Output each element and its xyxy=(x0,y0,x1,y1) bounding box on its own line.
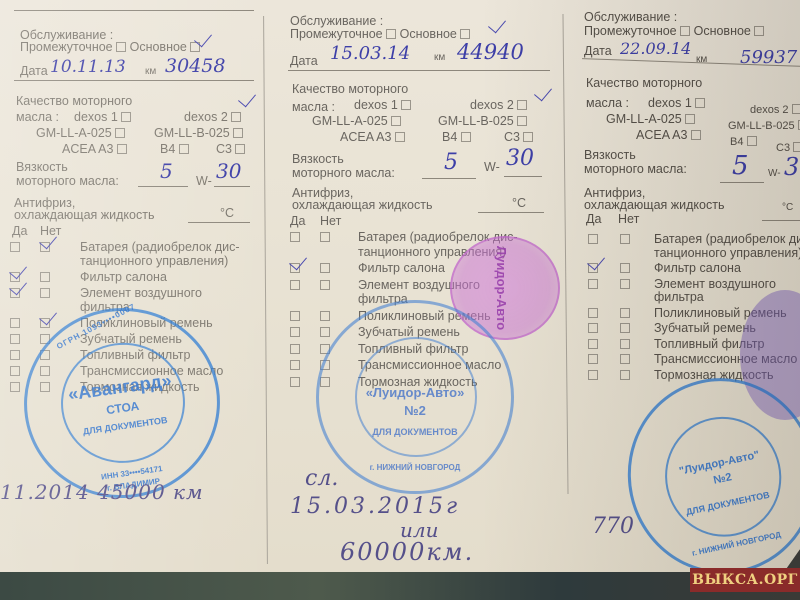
handwritten-note-km: 60000км. xyxy=(340,538,474,566)
oil-quality-label-2: масла : xyxy=(16,110,59,124)
oil-option-c3: C3 xyxy=(504,130,533,144)
column-divider xyxy=(263,16,268,564)
c3-checkbox[interactable] xyxy=(235,144,245,154)
viscosity-high-value: 30 xyxy=(506,146,534,171)
yes-checkbox[interactable] xyxy=(588,370,598,380)
oil-option-dexos1: dexos 1 xyxy=(74,110,131,124)
checklist-item-label: Батарея (радиобрелок дис- xyxy=(80,240,240,254)
yes-checkbox[interactable] xyxy=(290,327,300,337)
oil-option-dexos2: dexos 2 xyxy=(184,110,241,124)
oil-option-gm-ll-b: GM-LL-B-025 xyxy=(154,126,243,140)
yes-header: Да xyxy=(586,212,601,226)
service-type-row: Промежуточное Основное xyxy=(290,27,470,41)
service-book-page: Обслуживание : Промежуточное Основное Да… xyxy=(0,0,800,572)
viscosity-high-value: 30 xyxy=(216,160,241,183)
checklist-item-label: Фильтр салона xyxy=(358,261,445,275)
no-header: Нет xyxy=(618,212,639,226)
dexos2-checkbox[interactable] xyxy=(517,100,527,110)
dexos1-checkbox[interactable] xyxy=(401,100,411,110)
viscosity-label-2: моторного масла: xyxy=(292,166,395,180)
yes-checkbox[interactable] xyxy=(290,280,300,290)
main-label: Основное xyxy=(694,24,751,38)
km-label: км xyxy=(696,54,707,66)
site-watermark: ВЫКСА.ОРГ xyxy=(690,568,800,592)
yes-header: Да xyxy=(290,214,305,228)
viscosity-w-label: W- xyxy=(196,174,212,188)
oil-option-gm-ll-a: GM-LL-A-025 xyxy=(606,112,695,126)
underline xyxy=(214,186,250,187)
oil-quality-label-2: масла : xyxy=(292,100,335,114)
antifreeze-label-2: охлаждающая жидкость xyxy=(584,198,724,212)
intermediate-checkbox[interactable] xyxy=(116,42,126,52)
acea-a3-checkbox[interactable] xyxy=(117,144,127,154)
yes-checkbox[interactable] xyxy=(588,308,598,318)
oil-option-acea-a3: ACEA A3 xyxy=(636,128,701,142)
divider xyxy=(14,80,254,81)
no-checkbox[interactable] xyxy=(320,280,330,290)
dexos1-checkbox[interactable] xyxy=(695,98,705,108)
acea-a3-checkbox[interactable] xyxy=(395,132,405,142)
yes-checkbox[interactable] xyxy=(290,232,300,242)
yes-checkbox[interactable] xyxy=(588,279,598,289)
date-label: Дата xyxy=(584,44,612,58)
antifreeze-label-2: охлаждающая жидкость xyxy=(14,208,154,222)
oil-option-dexos1: dexos 1 xyxy=(354,98,411,112)
no-header: Нет xyxy=(320,214,341,228)
acea-a3-checkbox[interactable] xyxy=(691,130,701,140)
oil-option-gm-ll-a: GM-LL-A-025 xyxy=(36,126,125,140)
checkmark-icon xyxy=(238,89,256,108)
oil-option-gm-ll-b: GM-LL-B-025 xyxy=(728,120,800,133)
underline xyxy=(188,222,250,223)
gm-ll-a-checkbox[interactable] xyxy=(115,128,125,138)
checkmark-icon xyxy=(488,15,506,34)
intermediate-label: Промежуточное xyxy=(290,27,383,41)
yes-checkbox[interactable] xyxy=(10,334,20,344)
oil-option-dexos2: dexos 2 xyxy=(750,104,800,117)
viscosity-label: Вязкость xyxy=(16,160,68,174)
column-divider xyxy=(562,14,568,494)
no-checkbox[interactable] xyxy=(320,232,330,242)
viscosity-label: Вязкость xyxy=(584,148,636,162)
c3-checkbox[interactable] xyxy=(793,142,800,152)
main-checkbox[interactable] xyxy=(460,29,470,39)
viscosity-low-value: 5 xyxy=(444,150,458,175)
yes-checkbox[interactable] xyxy=(290,311,300,321)
checklist-item-label: Зубчатый ремень xyxy=(654,321,756,335)
service-type-row: Промежуточное Основное xyxy=(20,40,200,54)
date-value: 22.09.14 xyxy=(620,40,691,58)
date-value: 10.11.13 xyxy=(50,58,126,78)
underline xyxy=(504,176,542,177)
viscosity-low-value: 5 xyxy=(732,152,749,182)
no-checkbox[interactable] xyxy=(40,288,50,298)
yes-checkbox[interactable] xyxy=(10,382,20,392)
antifreeze-unit: °C xyxy=(512,196,526,210)
oil-quality-label: Качество моторного xyxy=(292,82,408,96)
antifreeze-label-2: охлаждающая жидкость xyxy=(292,198,432,212)
no-checkbox[interactable] xyxy=(620,354,630,364)
antifreeze-unit: °C xyxy=(220,206,234,220)
viscosity-label-2: моторного масла: xyxy=(16,174,119,188)
underline xyxy=(762,220,800,221)
underline xyxy=(138,186,188,187)
oil-option-dexos1: dexos 1 xyxy=(648,96,705,110)
oil-option-b4: B4 xyxy=(160,142,189,156)
b4-checkbox[interactable] xyxy=(747,136,757,146)
gm-ll-a-checkbox[interactable] xyxy=(685,114,695,124)
dexos2-checkbox[interactable] xyxy=(231,112,241,122)
checkmark-icon xyxy=(534,83,552,102)
b4-checkbox[interactable] xyxy=(461,132,471,142)
oil-option-b4: B4 xyxy=(442,130,471,144)
underline xyxy=(720,182,764,183)
date-value: 15.03.14 xyxy=(330,44,410,65)
yes-checkbox[interactable] xyxy=(588,323,598,333)
no-checkbox[interactable] xyxy=(320,263,330,273)
handwritten-note: 11.2014 45000 км xyxy=(0,480,204,504)
no-checkbox[interactable] xyxy=(320,311,330,321)
yes-checkbox[interactable] xyxy=(290,377,300,387)
gm-ll-a-checkbox[interactable] xyxy=(391,116,401,126)
main-label: Основное xyxy=(400,27,457,41)
checklist-item-continuation: танционного управления) xyxy=(654,246,800,260)
handwritten-note-next: сл. xyxy=(305,466,338,491)
no-checkbox[interactable] xyxy=(620,339,630,349)
viscosity-high-value: 30 xyxy=(784,154,800,182)
no-checkbox[interactable] xyxy=(620,279,630,289)
no-checkbox[interactable] xyxy=(620,308,630,318)
checklist-item-label: Элемент воздушного xyxy=(654,277,776,291)
service-type-label: Обслуживание : xyxy=(584,10,677,24)
oil-option-dexos2: dexos 2 xyxy=(470,98,527,112)
date-label: Дата xyxy=(290,54,318,68)
divider xyxy=(288,70,550,71)
km-label: км xyxy=(434,52,445,64)
gm-ll-b-checkbox[interactable] xyxy=(233,128,243,138)
oil-option-gm-ll-b: GM-LL-B-025 xyxy=(438,114,527,128)
yes-header: Да xyxy=(12,224,27,238)
yes-checkbox[interactable] xyxy=(588,234,598,244)
oil-quality-label: Качество моторного xyxy=(586,76,702,90)
yes-checkbox[interactable] xyxy=(588,354,598,364)
main-label: Основное xyxy=(130,40,187,54)
intermediate-label: Промежуточное xyxy=(20,40,113,54)
gm-ll-b-checkbox[interactable] xyxy=(517,116,527,126)
handwritten-note: 770 xyxy=(592,514,634,539)
checklist-item-continuation: фильтра xyxy=(654,290,704,304)
oil-option-acea-a3: ACEA A3 xyxy=(62,142,127,156)
intermediate-label: Промежуточное xyxy=(584,24,677,38)
yes-checkbox[interactable] xyxy=(10,242,20,252)
no-checkbox[interactable] xyxy=(320,327,330,337)
no-checkbox[interactable] xyxy=(620,234,630,244)
oil-quality-label: Качество моторного xyxy=(16,94,132,108)
viscosity-low-value: 5 xyxy=(160,160,173,183)
viscosity-label: Вязкость xyxy=(292,152,344,166)
oil-option-acea-a3: ACEA A3 xyxy=(340,130,405,144)
dexos1-checkbox[interactable] xyxy=(121,112,131,122)
checklist-item-label: Фильтр салона xyxy=(80,270,167,284)
oil-option-gm-ll-a: GM-LL-A-025 xyxy=(312,114,401,128)
company-stamp-luidor-1: «Луидор-Авто» №2 ДЛЯ ДОКУМЕНТОВ г. НИЖНИ… xyxy=(316,300,514,494)
underline xyxy=(478,212,544,213)
yes-checkbox[interactable] xyxy=(290,360,300,370)
intermediate-checkbox[interactable] xyxy=(680,26,690,36)
no-checkbox[interactable] xyxy=(620,323,630,333)
km-label: км xyxy=(145,66,156,78)
checklist-item-label: Элемент воздушного xyxy=(80,286,202,300)
no-checkbox[interactable] xyxy=(40,272,50,282)
viscosity-w-label: W- xyxy=(484,160,500,174)
intermediate-checkbox[interactable] xyxy=(386,29,396,39)
antifreeze-unit: °C xyxy=(782,202,793,214)
checklist-item-label: Батарея (радиобрелок дис- xyxy=(654,232,800,246)
oil-option-c3: C3 xyxy=(216,142,245,156)
yes-checkbox[interactable] xyxy=(10,350,20,360)
checklist-item-continuation: танционного управления) xyxy=(80,254,228,268)
checklist-item-label: Фильтр салона xyxy=(654,261,741,275)
yes-checkbox[interactable] xyxy=(10,366,20,376)
c3-checkbox[interactable] xyxy=(523,132,533,142)
oil-option-b4: B4 xyxy=(730,136,757,149)
viscosity-label-2: моторного масла: xyxy=(584,162,687,176)
yes-checkbox[interactable] xyxy=(290,344,300,354)
no-checkbox[interactable] xyxy=(620,263,630,273)
yes-checkbox[interactable] xyxy=(10,318,20,328)
b4-checkbox[interactable] xyxy=(179,144,189,154)
oil-quality-label-2: масла : xyxy=(586,96,629,110)
dexos2-checkbox[interactable] xyxy=(792,104,800,114)
main-checkbox[interactable] xyxy=(754,26,764,36)
yes-checkbox[interactable] xyxy=(588,339,598,349)
km-value: 30458 xyxy=(165,56,225,78)
service-type-row: Промежуточное Основное xyxy=(584,24,764,38)
no-checkbox[interactable] xyxy=(620,370,630,380)
km-value: 44940 xyxy=(457,40,524,64)
handwritten-note-date: 15.03.2015г xyxy=(290,494,460,519)
date-label: Дата xyxy=(20,64,48,78)
divider xyxy=(14,10,254,11)
viscosity-w-label: W- xyxy=(768,168,781,180)
underline xyxy=(422,178,476,179)
